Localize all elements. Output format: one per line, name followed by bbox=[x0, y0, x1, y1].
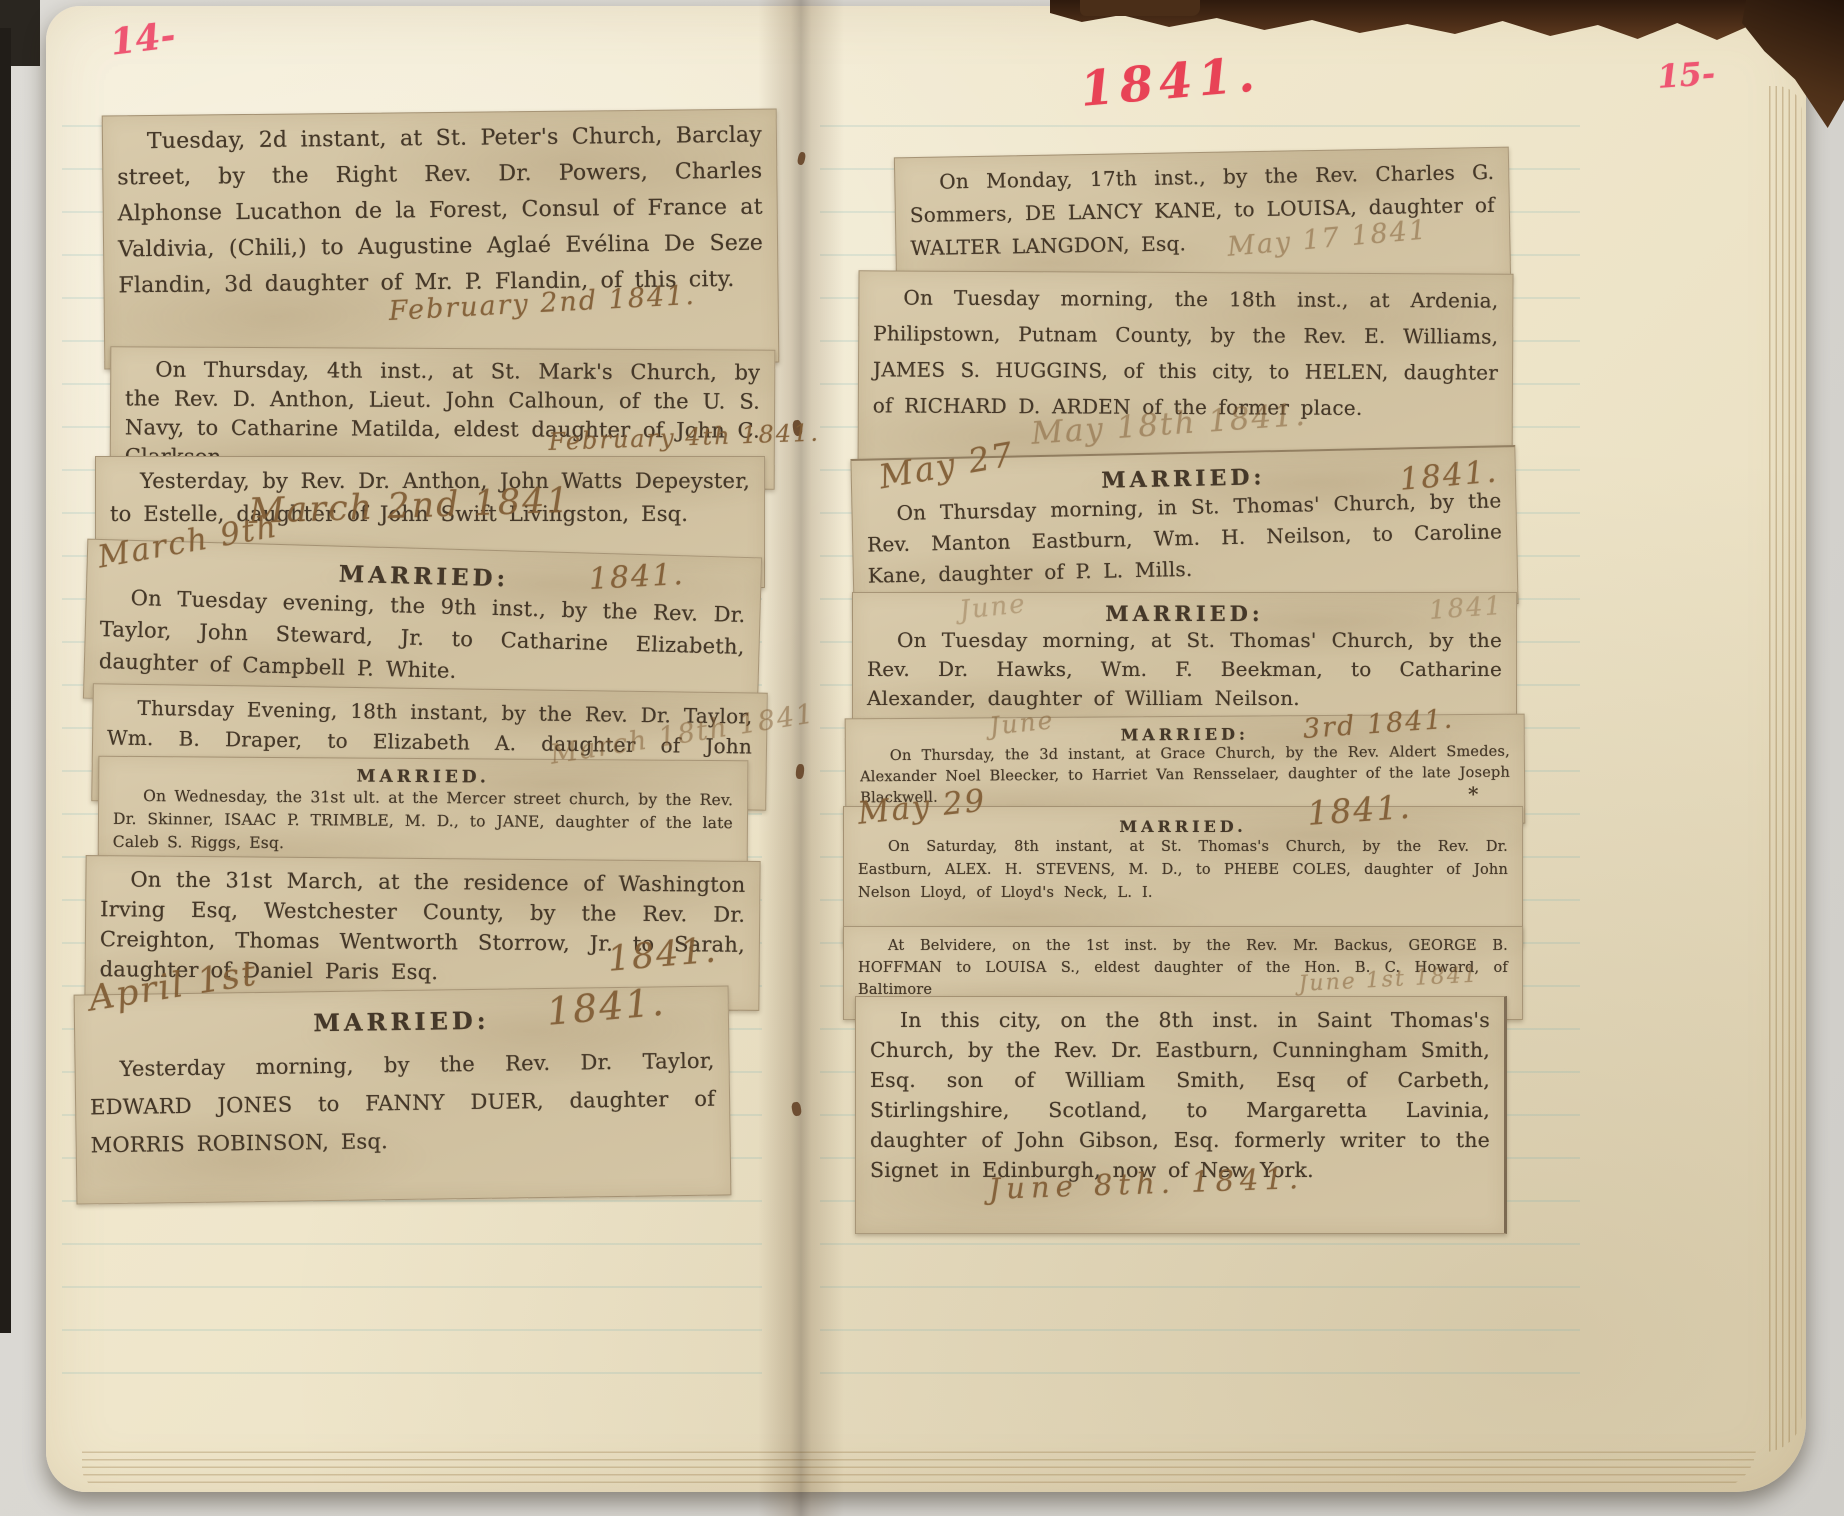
clipping-right-6: MARRIED. On Saturday, 8th instant, at St… bbox=[843, 806, 1523, 946]
right-page-number: 15- bbox=[1656, 54, 1716, 96]
clipping-text: On Tuesday evening, the 9th inst., by th… bbox=[99, 581, 746, 695]
clipping-left-1: Tuesday, 2d instant, at St. Peter's Chur… bbox=[102, 108, 780, 369]
clipping-text: In this city, on the 8th inst. in Saint … bbox=[870, 1005, 1490, 1185]
scrapbook-scan: 14- 1841. 15- Tuesday, 2d instant, at St… bbox=[0, 0, 1844, 1516]
scan-edge-shadow bbox=[0, 28, 11, 1333]
handwritten-date: 1841. bbox=[588, 557, 686, 597]
clipping-text: On Thursday morning, in St. Thomas' Chur… bbox=[866, 485, 1503, 591]
clipping-text: On Saturday, 8th instant, at St. Thomas'… bbox=[858, 836, 1508, 905]
handwritten-date: 1841 bbox=[1428, 591, 1504, 626]
clipping-text: Tuesday, 2d instant, at St. Peter's Chur… bbox=[117, 118, 764, 305]
clipping-text: On Wednesday, the 31st ult. at the Merce… bbox=[113, 785, 733, 858]
page-stack-edge-bottom bbox=[82, 1447, 1756, 1489]
left-page-number: 14- bbox=[108, 14, 178, 64]
clipping-text: On Tuesday morning, at St. Thomas' Churc… bbox=[867, 626, 1502, 713]
footnote-asterisk: * bbox=[1468, 782, 1478, 806]
leather-chip bbox=[1080, 0, 1200, 16]
handwritten-date: 1841. bbox=[1306, 787, 1413, 833]
clipping-text: On Monday, 17th inst., by the Rev. Charl… bbox=[909, 156, 1496, 265]
page-stack-edge-right bbox=[1764, 86, 1802, 1452]
clipping-text: Yesterday morning, by the Rev. Dr. Taylo… bbox=[89, 1042, 716, 1165]
